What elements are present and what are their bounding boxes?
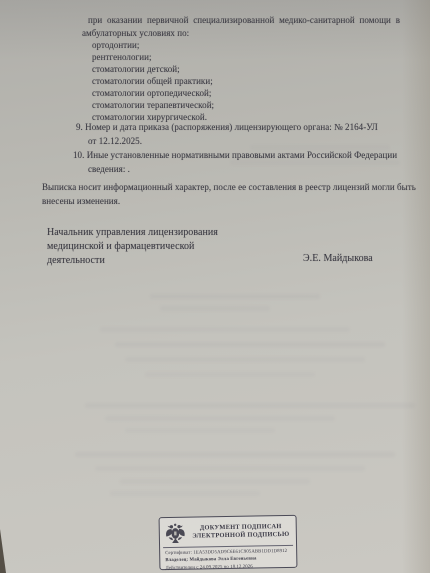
item-10: 10. Иные установленные нормативными прав… bbox=[73, 149, 397, 176]
signatory-title-line-1: Начальник управления лицензирования bbox=[47, 226, 218, 240]
service-item: рентгенологии; bbox=[92, 51, 214, 63]
signatory-name: Э.Е. Майдыкова bbox=[303, 253, 373, 265]
service-item: стоматологии ортопедической; bbox=[92, 87, 214, 99]
intro-line-2: амбулаторных условиях по: bbox=[82, 27, 189, 39]
owner-label: Владелец: bbox=[165, 558, 188, 563]
service-item: стоматологии терапевтической; bbox=[92, 99, 214, 111]
stamp-title-line-2: ЭЛЕКТРОННОЙ ПОДПИСЬЮ bbox=[190, 531, 292, 541]
stamp-title: ДОКУМЕНТ ПОДПИСАН ЭЛЕКТРОННОЙ ПОДПИСЬЮ bbox=[190, 522, 292, 541]
stamp-header: ДОКУМЕНТ ПОДПИСАН ЭЛЕКТРОННОЙ ПОДПИСЬЮ bbox=[160, 516, 296, 546]
scanned-document-page: при оказании первичной специализированно… bbox=[0, 0, 430, 573]
stamp-details: Сертификат: 1EA53DD5AD9C6E61C905ABB1DD1D… bbox=[160, 546, 296, 573]
photo-top-shadow bbox=[0, 0, 430, 60]
item-9-line-2: от 12.12.2025. bbox=[88, 135, 378, 149]
service-item: ортодонтии; bbox=[92, 39, 214, 51]
russian-coat-of-arms-icon bbox=[164, 521, 187, 544]
paper-edge-shadow bbox=[0, 529, 6, 573]
digital-signature-stamp: ДОКУМЕНТ ПОДПИСАН ЭЛЕКТРОННОЙ ПОДПИСЬЮ С… bbox=[159, 515, 298, 570]
disclaimer-line-2: внесены изменения. bbox=[42, 195, 416, 209]
signatory-title-line-3: деятельности bbox=[47, 254, 218, 268]
item-9: 9. Номер и дата приказа (распоряжения) л… bbox=[76, 121, 378, 148]
certificate-value: 1EA53DD5AD9C6E61C905ABB1DD1D8912 bbox=[193, 548, 287, 555]
service-item: стоматологии детской; bbox=[92, 63, 214, 75]
disclaimer-line-1: Выписка носит информационный характер, п… bbox=[42, 181, 416, 195]
item-9-line-1: 9. Номер и дата приказа (распоряжения) л… bbox=[76, 121, 378, 135]
signatory-title-line-2: медицинской и фармацевтической bbox=[47, 240, 218, 254]
owner-value: Майдыкова Элла Евгеньевна bbox=[190, 557, 257, 563]
services-list: ортодонтии; рентгенологии; стоматологии … bbox=[92, 39, 214, 123]
disclaimer-note: Выписка носит информационный характер, п… bbox=[42, 181, 416, 208]
stamp-validity-line: Действителен с 24.09.2025 по 18.12.2026 bbox=[165, 563, 293, 573]
item-10-line-1: 10. Иные установленные нормативными прав… bbox=[73, 149, 397, 163]
service-item: стоматологии общей практики; bbox=[92, 75, 214, 87]
signatory-title: Начальник управления лицензирования меди… bbox=[47, 226, 218, 268]
certificate-label: Сертификат: bbox=[165, 550, 192, 555]
intro-line-1: при оказании первичной специализированно… bbox=[88, 14, 400, 26]
photo-right-shadow bbox=[402, 0, 430, 573]
item-10-line-2: сведения: . bbox=[88, 163, 397, 177]
